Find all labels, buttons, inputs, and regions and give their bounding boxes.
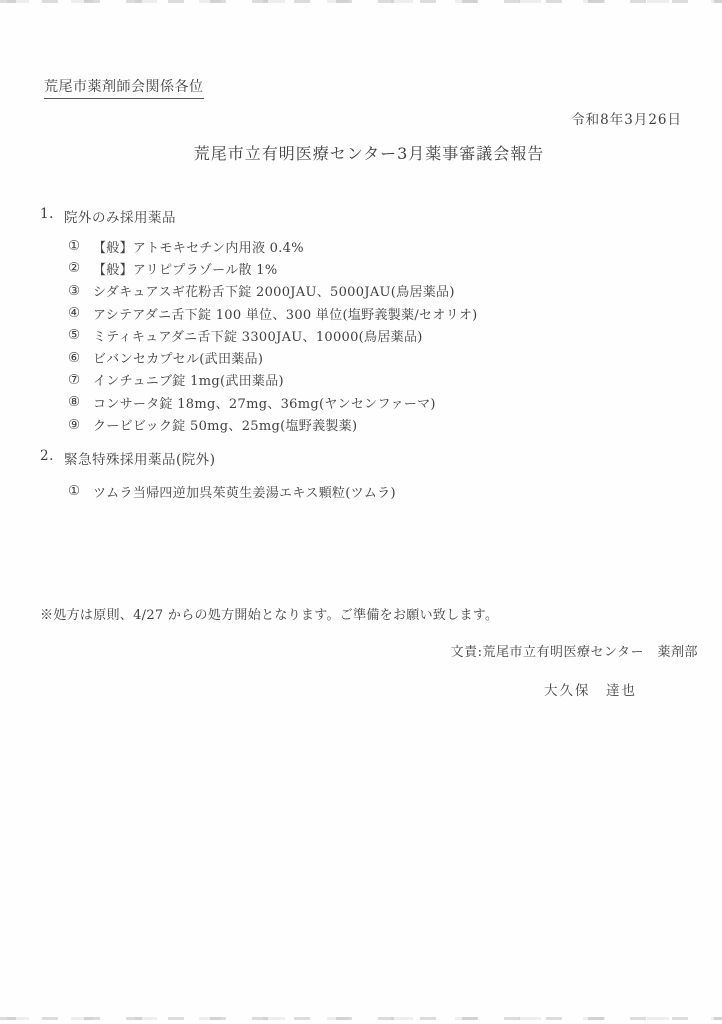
list-item-text: 【般】アトモキセチン内用液 0.4% [93, 237, 304, 256]
list-item-text: コンサータ錠 18mg、27mg、36mg(ヤンセンファーマ) [93, 393, 436, 412]
list-item-text: インチュニブ錠 1mg(武田薬品) [93, 370, 284, 389]
list-item: ① ツムラ当帰四逆加呉茱萸生姜湯エキス顆粒(ツムラ) [68, 477, 396, 505]
list-item: ① 【般】アトモキセチン内用液 0.4% [68, 235, 478, 257]
list-item: ② 【般】アリピプラゾール散 1% [68, 257, 478, 279]
drug-list: ① ツムラ当帰四逆加呉茱萸生姜湯エキス顆粒(ツムラ) [68, 477, 396, 505]
list-item: ⑨ クービビック錠 50mg、25mg(塩野義製薬) [68, 413, 478, 435]
scanned-document-page: 荒尾市薬剤師会関係各位 令和8年3月26日 荒尾市立有明医療センター3月薬事審議… [0, 0, 722, 1024]
list-item-marker: ① [68, 483, 93, 499]
list-item-marker: ⑤ [68, 327, 93, 343]
list-item-marker: ④ [68, 305, 93, 321]
section-outpatient-drugs: 1. 院外のみ採用薬品 ① 【般】アトモキセチン内用液 0.4% ② 【般】アリ… [40, 206, 478, 436]
section-heading: 1. 院外のみ採用薬品 [40, 206, 478, 226]
section-number: 1. [40, 206, 64, 226]
recipient-line: 荒尾市薬剤師会関係各位 [44, 76, 204, 99]
note-line: ※処方は原則、4/27 からの処方開始となります。ご準備をお願い致します。 [40, 604, 498, 623]
list-item: ⑤ ミティキュアダニ舌下錠 3300JAU、10000(鳥居薬品) [68, 324, 478, 346]
list-item-marker: ③ [68, 283, 93, 299]
list-item-text: 【般】アリピプラゾール散 1% [93, 259, 277, 278]
section-heading-text: 緊急特殊採用薬品(院外) [64, 448, 216, 468]
drug-list: ① 【般】アトモキセチン内用液 0.4% ② 【般】アリピプラゾール散 1% ③… [68, 235, 478, 436]
list-item-text: アシテアダニ舌下錠 100 単位、300 単位(塩野義製薬/セオリオ) [93, 304, 478, 323]
list-item-text: クービビック錠 50mg、25mg(塩野義製薬) [93, 415, 357, 434]
scan-artifact-bottom [0, 1017, 722, 1020]
list-item-text: シダキュアスギ花粉舌下錠 2000JAU、5000JAU(鳥居薬品) [93, 281, 455, 300]
list-item-text: ツムラ当帰四逆加呉茱萸生姜湯エキス顆粒(ツムラ) [93, 482, 396, 501]
list-item: ⑧ コンサータ錠 18mg、27mg、36mg(ヤンセンファーマ) [68, 391, 478, 413]
list-item: ⑥ ビバンセカプセル(武田薬品) [68, 346, 478, 368]
document-date: 令和8年3月26日 [571, 108, 682, 128]
list-item: ④ アシテアダニ舌下錠 100 単位、300 単位(塩野義製薬/セオリオ) [68, 302, 478, 324]
section-heading: 2. 緊急特殊採用薬品(院外) [40, 448, 396, 468]
list-item-marker: ⑥ [68, 350, 93, 366]
section-heading-text: 院外のみ採用薬品 [64, 206, 176, 226]
list-item-marker: ② [68, 260, 93, 276]
section-emergency-drugs: 2. 緊急特殊採用薬品(院外) ① ツムラ当帰四逆加呉茱萸生姜湯エキス顆粒(ツム… [40, 448, 396, 505]
list-item-marker: ⑦ [68, 372, 93, 388]
list-item: ⑦ インチュニブ錠 1mg(武田薬品) [68, 369, 478, 391]
list-item-text: ミティキュアダニ舌下錠 3300JAU、10000(鳥居薬品) [93, 326, 423, 345]
list-item: ③ シダキュアスギ花粉舌下錠 2000JAU、5000JAU(鳥居薬品) [68, 280, 478, 302]
document-title: 荒尾市立有明医療センター3月薬事審議会報告 [0, 141, 722, 164]
list-item-text: ビバンセカプセル(武田薬品) [93, 348, 263, 367]
signature-name: 大久保 達也 [544, 679, 637, 699]
list-item-marker: ⑨ [68, 417, 93, 433]
section-number: 2. [40, 448, 64, 468]
list-item-marker: ⑧ [68, 394, 93, 410]
author-line: 文責:荒尾市立有明医療センター 薬剤部 [451, 641, 698, 660]
scan-artifact-top [0, 0, 722, 3]
list-item-marker: ① [68, 238, 93, 254]
